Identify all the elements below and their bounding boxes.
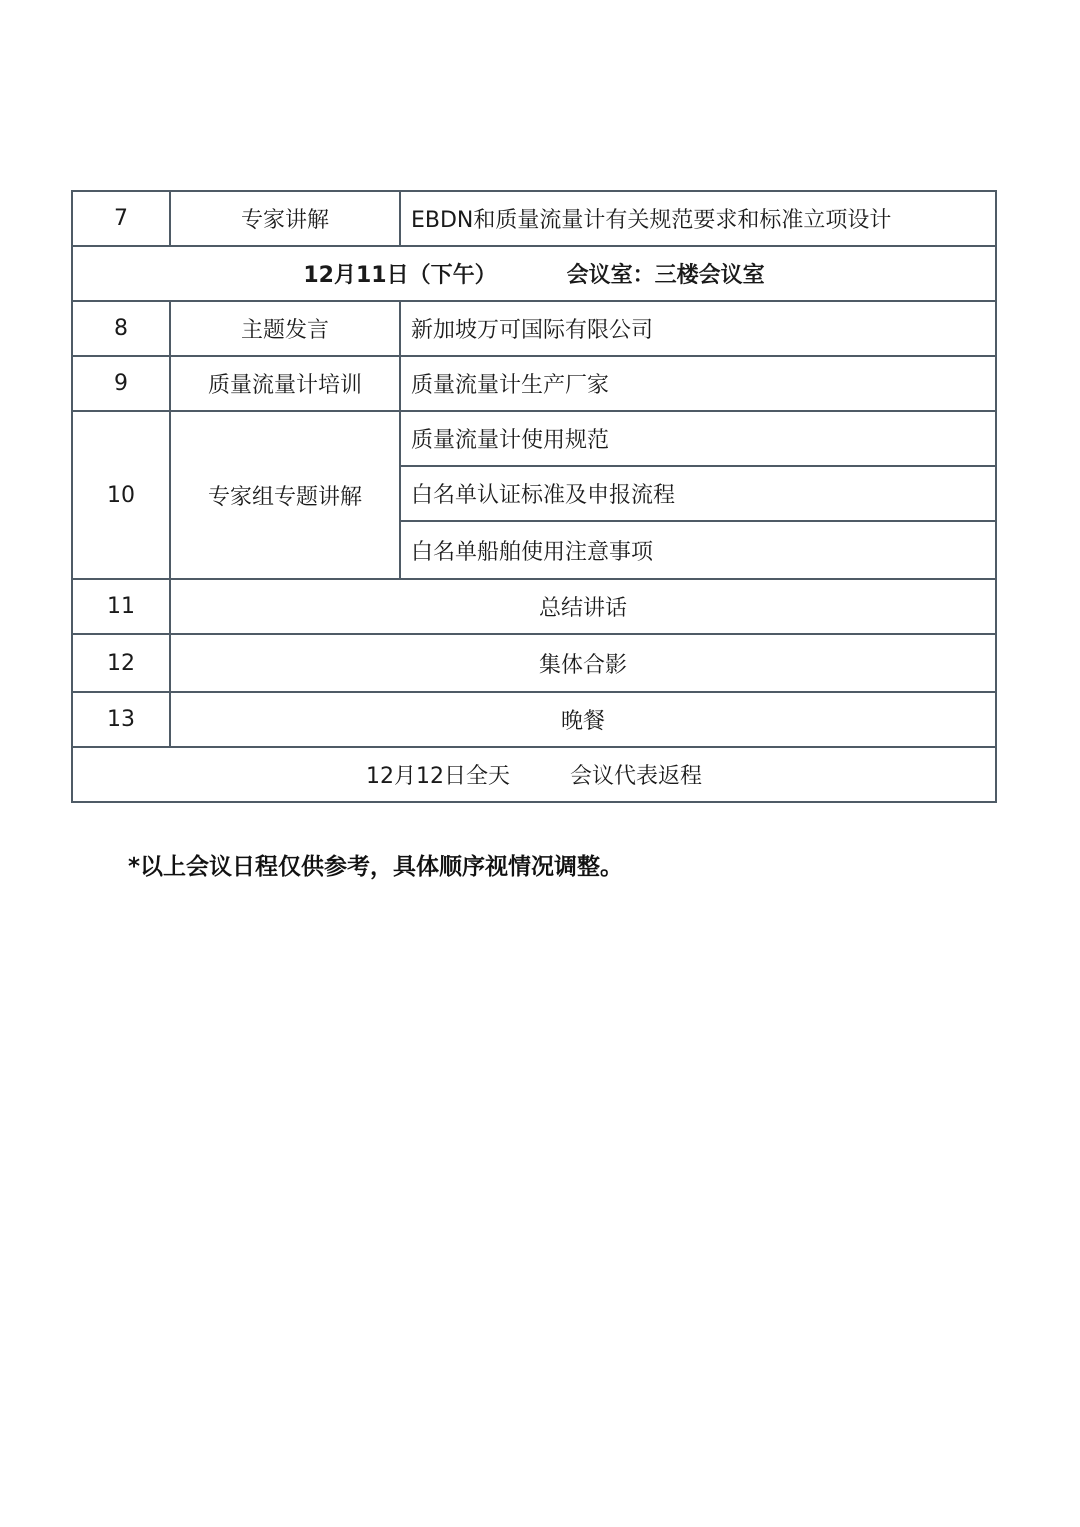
session-desc: 集体合影 [170,634,996,692]
row-number: 11 [72,579,170,634]
session-desc: 白名单船舶使用注意事项 [400,521,996,579]
footer-date: 12月12日全天 [366,764,510,789]
row-number: 12 [72,634,170,692]
table-row: 12 集体合影 [72,634,996,692]
session-desc: 质量流量计使用规范 [400,411,996,466]
section-date: 12月11日（下午） [303,263,496,288]
table-row: 13 晚餐 [72,692,996,747]
table-row: 7 专家讲解 EBDN和质量流量计有关规范要求和标准立项设计 [72,191,996,246]
session-desc: EBDN和质量流量计有关规范要求和标准立项设计 [400,191,996,246]
table-row: 11 总结讲话 [72,579,996,634]
table-row: 9 质量流量计培训 质量流量计生产厂家 [72,356,996,411]
session-desc: 白名单认证标准及申报流程 [400,466,996,521]
row-number: 10 [72,411,170,579]
table-row: 8 主题发言 新加坡万可国际有限公司 [72,301,996,356]
row-number: 8 [72,301,170,356]
session-type: 质量流量计培训 [170,356,400,411]
session-type: 专家组专题讲解 [170,411,400,579]
row-number: 9 [72,356,170,411]
row-number: 13 [72,692,170,747]
session-type: 专家讲解 [170,191,400,246]
session-desc: 总结讲话 [170,579,996,634]
footer-text: 会议代表返程 [570,764,702,789]
schedule-table: 7 专家讲解 EBDN和质量流量计有关规范要求和标准立项设计 12月11日（下午… [71,190,997,803]
session-desc: 新加坡万可国际有限公司 [400,301,996,356]
schedule-note: *以上会议日程仅供参考，具体顺序视情况调整。 [128,848,623,881]
section-header-row: 12月11日（下午）会议室：三楼会议室 [72,246,996,301]
footer-cell: 12月12日全天会议代表返程 [72,747,996,802]
session-desc: 质量流量计生产厂家 [400,356,996,411]
session-desc: 晚餐 [170,692,996,747]
row-number: 7 [72,191,170,246]
session-type: 主题发言 [170,301,400,356]
section-room: 会议室：三楼会议室 [567,263,765,288]
footer-row: 12月12日全天会议代表返程 [72,747,996,802]
table-row: 10 专家组专题讲解 质量流量计使用规范 [72,411,996,466]
section-header: 12月11日（下午）会议室：三楼会议室 [72,246,996,301]
